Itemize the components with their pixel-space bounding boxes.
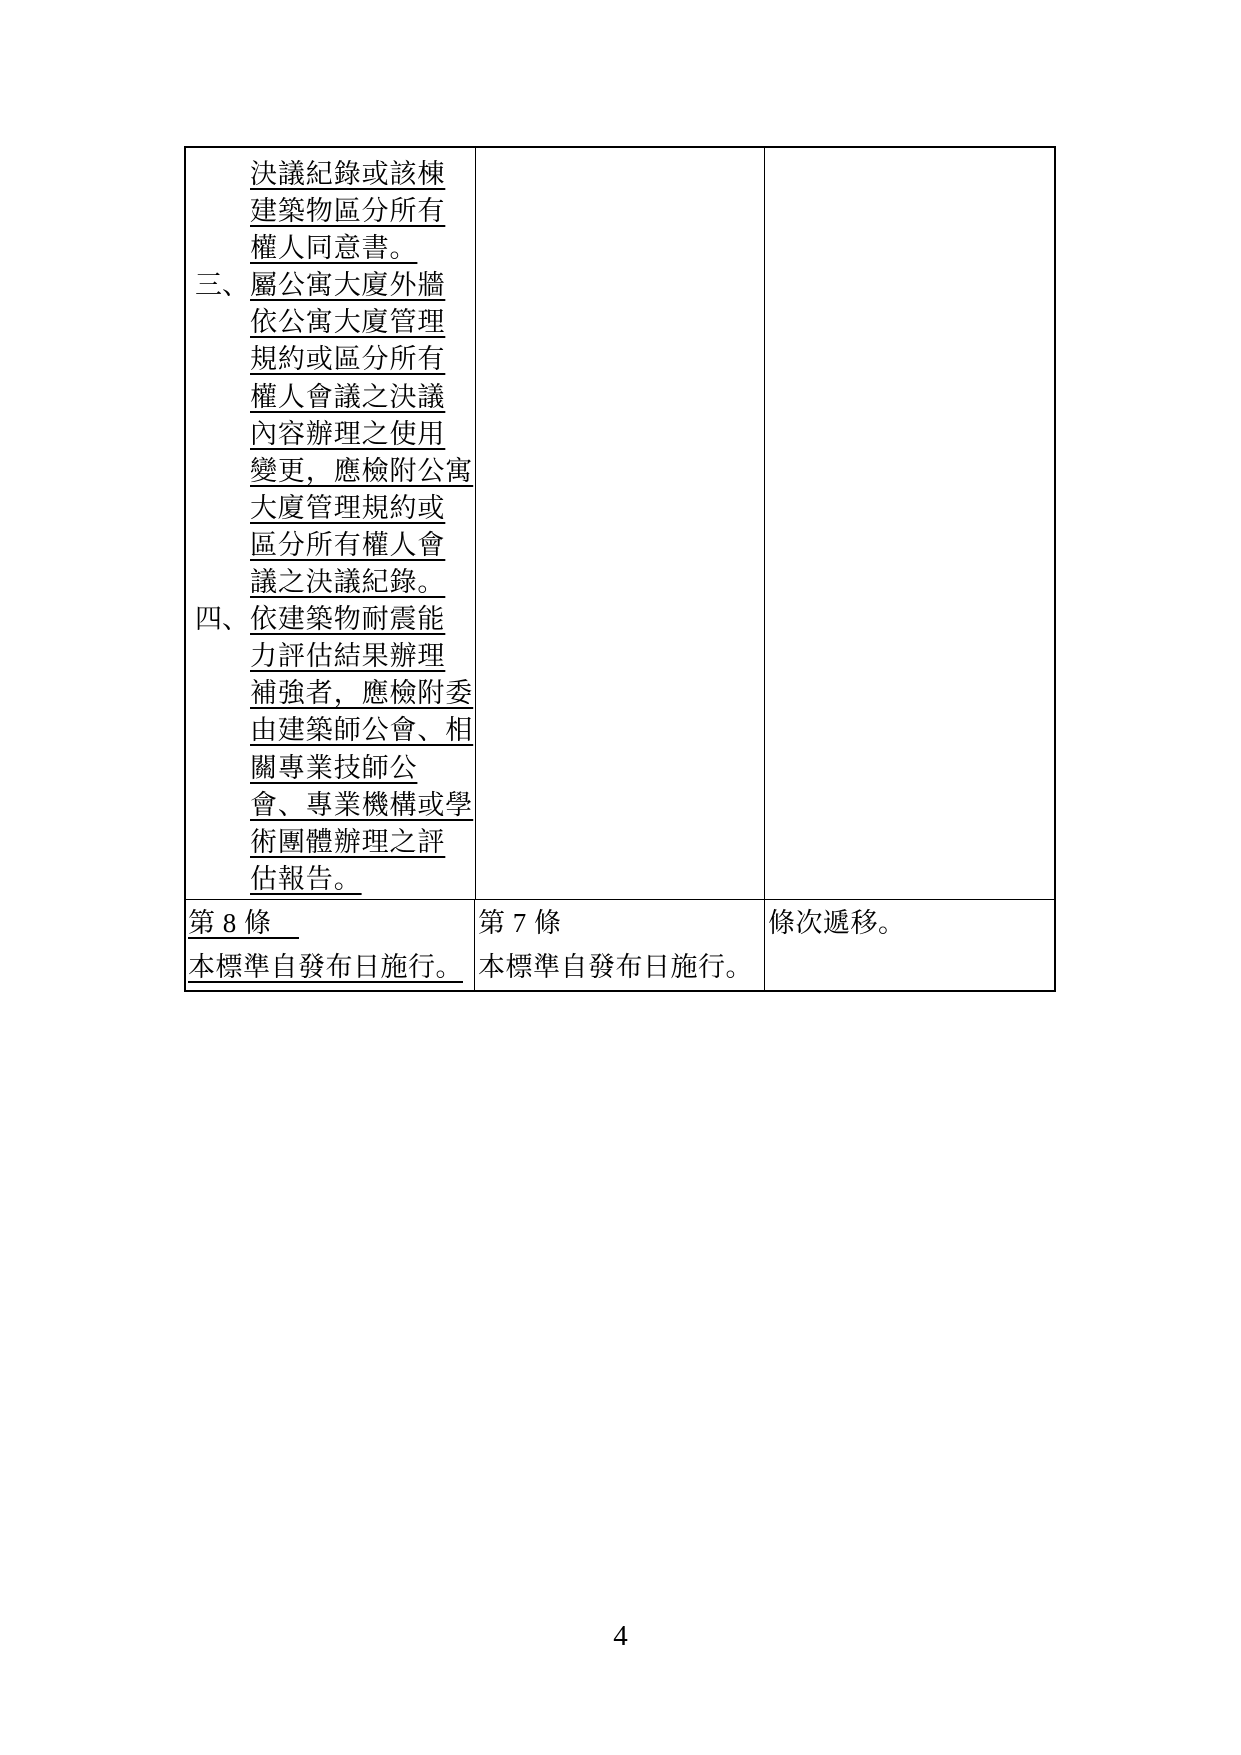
- final-article-row: 第 8 條 本標準自發布日施行。 第 7 條 本標準自發布日施行。 條次遞移。: [186, 900, 1054, 990]
- text-line: 區分所有權人會: [186, 527, 475, 564]
- underlined-text: 決議紀錄或該棟: [250, 159, 445, 189]
- text-line: 規約或區分所有: [186, 341, 475, 378]
- text-line: 估報告。: [186, 861, 475, 898]
- explanation-cell: 條次遞移。: [765, 900, 1054, 990]
- underlined-text: 本標準自發布日施行。: [188, 952, 463, 982]
- underlined-text: 大廈管理規約或: [250, 493, 445, 523]
- article-heading: 第 8 條: [188, 901, 474, 945]
- text-line: 力評估結果辦理: [186, 638, 475, 675]
- underlined-text: 權人同意書。: [250, 233, 417, 263]
- text-line: 術團體辦理之評: [186, 824, 475, 861]
- underlined-text: 估報告。: [250, 864, 362, 894]
- current-provision-cell: 第 7 條 本標準自發布日施行。: [475, 900, 765, 990]
- text-line: 四、依建築物耐震能: [186, 601, 475, 638]
- underlined-text: 內容辦理之使用: [250, 419, 445, 449]
- text-line: 建築物區分所有: [186, 193, 475, 230]
- article-heading: 第 7 條: [478, 901, 764, 945]
- underlined-text: 權人會議之決議: [250, 382, 445, 412]
- underlined-text: 規約或區分所有: [250, 344, 445, 374]
- amendment-comparison-table: 決議紀錄或該棟 建築物區分所有 權人同意書。 三、屬公寓大廈外牆 依公寓大廈管理…: [184, 146, 1056, 992]
- underlined-text: 術團體辦理之評: [250, 827, 445, 857]
- underlined-text: 關專業技師公: [250, 753, 417, 783]
- underlined-text: 力評估結果辦理: [250, 641, 445, 671]
- article-body: 本標準自發布日施行。: [478, 945, 764, 989]
- text-line: 會、專業機構或學: [186, 787, 475, 824]
- text-line: 權人同意書。: [186, 230, 475, 267]
- text-line: 補強者，應檢附委: [186, 675, 475, 712]
- text-line: 權人會議之決議: [186, 379, 475, 416]
- underlined-text: 區分所有權人會: [250, 530, 445, 560]
- text-line: 決議紀錄或該棟: [186, 156, 475, 193]
- article-body: 本標準自發布日施行。: [188, 945, 474, 989]
- text-line: 由建築師公會、相: [186, 712, 475, 749]
- underlined-text: 議之決議紀錄。: [250, 567, 445, 597]
- underlined-text: 會、專業機構或學: [250, 790, 473, 820]
- explanation-text: 條次遞移。: [768, 901, 1054, 945]
- text-line: 內容辦理之使用: [186, 416, 475, 453]
- article-continuation-row: 決議紀錄或該棟 建築物區分所有 權人同意書。 三、屬公寓大廈外牆 依公寓大廈管理…: [186, 148, 1054, 900]
- underlined-text: 變更，應檢附公寓: [250, 456, 473, 486]
- text-line: 三、屬公寓大廈外牆: [186, 267, 475, 304]
- underlined-text: 依公寓大廈管理: [250, 307, 445, 337]
- page-number: 4: [0, 1620, 1241, 1653]
- underlined-text: 由建築師公會、相: [250, 715, 473, 745]
- underlined-text: 補強者，應檢附委: [250, 678, 473, 708]
- explanation-cell-empty: [765, 148, 1054, 899]
- amended-provision-cell: 第 8 條 本標準自發布日施行。: [186, 900, 475, 990]
- underlined-text: 建築物區分所有: [250, 196, 445, 226]
- text-line: 大廈管理規約或: [186, 490, 475, 527]
- text-line: 變更，應檢附公寓: [186, 453, 475, 490]
- text-line: 依公寓大廈管理: [186, 304, 475, 341]
- list-number: 四、: [195, 601, 249, 638]
- document-page: 決議紀錄或該棟 建築物區分所有 權人同意書。 三、屬公寓大廈外牆 依公寓大廈管理…: [0, 0, 1241, 1755]
- current-provision-cell-empty: [476, 148, 766, 899]
- underlined-text: 第 8 條: [188, 908, 299, 938]
- text-line: 議之決議紀錄。: [186, 564, 475, 601]
- list-number: 三、: [195, 267, 249, 304]
- underlined-text: 依建築物耐震能: [250, 604, 445, 634]
- amended-provision-cell: 決議紀錄或該棟 建築物區分所有 權人同意書。 三、屬公寓大廈外牆 依公寓大廈管理…: [186, 148, 476, 899]
- underlined-text: 屬公寓大廈外牆: [250, 270, 445, 300]
- text-line: 關專業技師公: [186, 750, 475, 787]
